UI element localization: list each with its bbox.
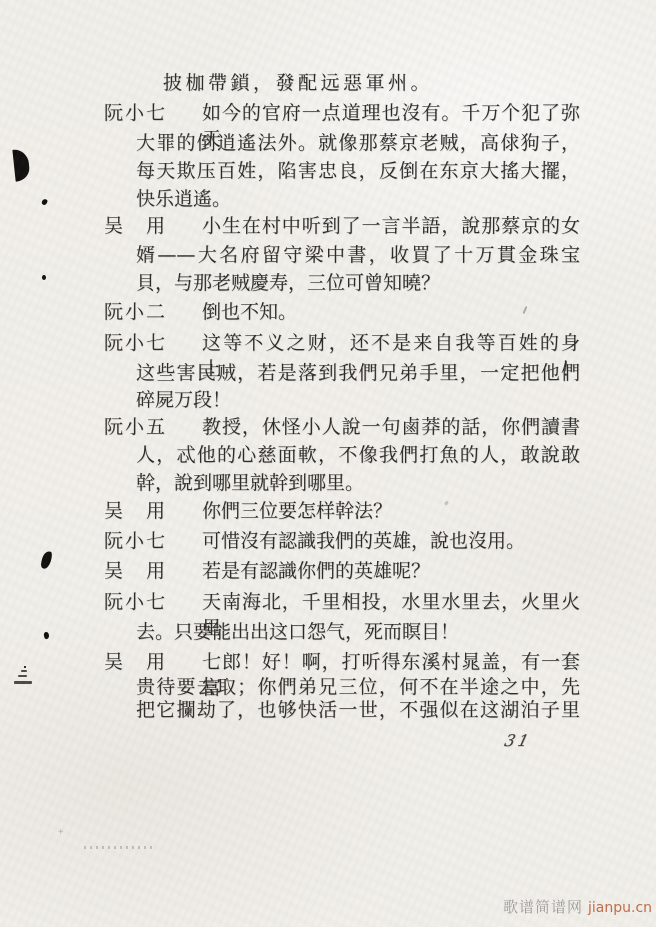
dialogue-line: 阮小七如今的官府一点道理也沒有。千万个犯了弥天 — [104, 100, 590, 126]
speaker-name: 吴 用 — [104, 213, 170, 239]
dialogue-text: 幹，說到哪里就幹到哪里。 — [136, 470, 364, 496]
dialogue-text: 人，忒他的心慈面軟，不像我們打魚的人，敢說敢 — [136, 442, 580, 468]
dialogue-text: 把它攔劫了，也够快活一世，不强似在这湖泊子里 — [136, 697, 580, 723]
binding-ink-blob-icon — [12, 148, 30, 181]
dialogue-text: 披枷帶鎖，發配远惡軍州。 — [163, 70, 433, 96]
dialogue-line: 快乐逍遙。 — [136, 186, 586, 212]
dialogue-text: 去。只要能出出这口怨气，死而瞑目！ — [136, 619, 459, 645]
page-number: 31 — [503, 731, 534, 750]
ink-speck-icon — [43, 632, 49, 640]
watermark-site-name: 歌谱简谱网 — [503, 898, 583, 916]
ink-speck-icon — [42, 275, 46, 280]
bleedthrough-smudge: + — [58, 827, 63, 837]
ink-comma-blob-icon — [40, 550, 53, 570]
dialogue-line: 幹，說到哪里就幹到哪里。 — [136, 470, 586, 496]
dialogue-text: 教授，休怪小人說一句鹵莽的話，你們讀書 — [202, 414, 580, 440]
dialogue-line: 碎屍万段！ — [136, 387, 586, 413]
dialogue-text: 小生在村中听到了一言半語，說那蔡京的女 — [202, 213, 580, 239]
dialogue-text: 婿——大名府留守梁中書，收買了十万貫金珠宝 — [136, 242, 580, 268]
speaker-name: 阮小二 — [104, 299, 170, 325]
dialogue-line: 吴 用若是有認識你們的英雄呢？ — [104, 558, 590, 584]
dialogue-text: 每天欺压百姓，陷害忠良，反倒在东京大搖大擺， — [136, 158, 580, 184]
watermark: 歌谱简谱网jianpu.cn — [503, 896, 652, 917]
margin-tally-mark — [18, 675, 27, 677]
dialogue-line: 吴 用你們三位要怎样幹法？ — [104, 498, 590, 524]
dialogue-line: 每天欺压百姓，陷害忠良，反倒在东京大搖大擺， — [136, 158, 586, 184]
speaker-name: 吴 用 — [104, 558, 170, 584]
dialogue-line: 把它攔劫了，也够快活一世，不强似在这湖泊子里 — [136, 697, 586, 723]
speaker-name: 阮小七 — [104, 330, 170, 356]
margin-tally-mark — [24, 666, 26, 668]
dialogue-text: 若是有認識你們的英雄呢？ — [202, 558, 430, 584]
speaker-name: 吴 用 — [104, 498, 170, 524]
speaker-name: 阮小七 — [104, 589, 170, 615]
margin-tally-mark — [21, 670, 27, 672]
dialogue-text: 倒也不知。 — [202, 299, 297, 325]
dialogue-text: 你們三位要怎样幹法？ — [202, 498, 392, 524]
speaker-name: 阮小五 — [104, 414, 170, 440]
dialogue-line: 阮小五教授，休怪小人說一句鹵莽的話，你們讀書 — [104, 414, 590, 440]
dialogue-text: 大罪的倒逍遙法外。就像那蔡京老贼，高俅狗子， — [136, 130, 580, 156]
scanned-book-page: 披枷帶鎖，發配远惡軍州。阮小七如今的官府一点道理也沒有。千万个犯了弥天大罪的倒逍… — [0, 0, 656, 927]
speaker-name: 阮小七 — [104, 100, 170, 126]
watermark-site-url: jianpu.cn — [588, 900, 652, 916]
margin-tally-mark — [14, 681, 32, 684]
dialogue-text: 可惜沒有認識我們的英雄，說也沒用。 — [202, 528, 525, 554]
dialogue-line: 这些害民贼，若是落到我們兄弟手里，一定把他們 — [136, 360, 586, 386]
dialogue-text: 貝，与那老贼慶寿，三位可曾知曉？ — [136, 270, 440, 296]
dialogue-line: 阮小七天南海北，千里相投，水里水里去，火里火里 — [104, 589, 590, 615]
speaker-name: 吴 用 — [104, 649, 170, 675]
dialogue-line: 阮小七这等不义之财，还不是来自我等百姓的身上！ — [104, 330, 590, 356]
dialogue-text: 快乐逍遙。 — [136, 186, 231, 212]
dialogue-line: 去。只要能出出这口怨气，死而瞑目！ — [136, 619, 586, 645]
ink-speck-icon — [41, 198, 48, 206]
dialogue-text: 碎屍万段！ — [136, 387, 231, 413]
dialogue-line: 阮小七可惜沒有認識我們的英雄，說也沒用。 — [104, 528, 590, 554]
dialogue-line: 披枷帶鎖，發配远惡軍州。 — [163, 70, 433, 96]
dialogue-text: 这些害民贼，若是落到我們兄弟手里，一定把他們 — [136, 360, 580, 386]
dialogue-line: 阮小二倒也不知。 — [104, 299, 590, 325]
dialogue-line: 大罪的倒逍遙法外。就像那蔡京老贼，高俅狗子， — [136, 130, 586, 156]
dialogue-line: 婿——大名府留守梁中書，收買了十万貫金珠宝 — [136, 242, 586, 268]
dialogue-line: 貝，与那老贼慶寿，三位可曾知曉？ — [136, 270, 586, 296]
bleedthrough-smudge — [84, 846, 156, 849]
dialogue-line: 人，忒他的心慈面軟，不像我們打魚的人，敢說敢 — [136, 442, 586, 468]
dialogue-line: 吴 用七郎！好！啊，打听得东溪村晁盖，有一套富 — [104, 649, 590, 675]
dialogue-line: 吴 用小生在村中听到了一言半語，說那蔡京的女 — [104, 213, 590, 239]
speaker-name: 阮小七 — [104, 528, 170, 554]
